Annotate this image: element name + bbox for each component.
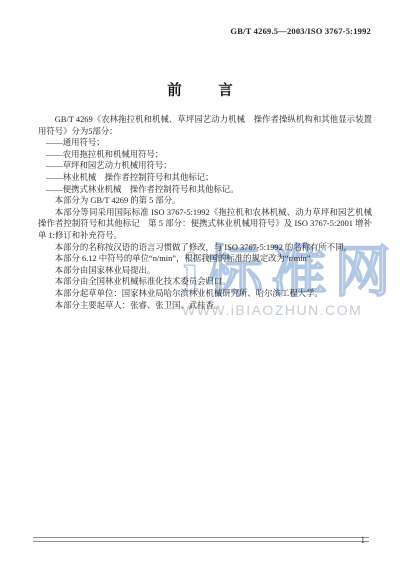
paragraph-part-note: 本部分为 GB/T 4269 的第 5 部分。 xyxy=(38,195,372,207)
document-page: GB/T 4269.5—2003/ISO 3767-5:1992 前 言 i标准… xyxy=(0,0,400,584)
paragraph-drafters: 本部分主要起草人：张睿、张卫国、武桂香。 xyxy=(38,300,372,312)
list-item-part1: ——通用符号； xyxy=(38,137,372,149)
page-number: 1 xyxy=(361,535,366,545)
paragraph-intro: GB/T 4269《农林拖拉机和机械、草坪园艺动力机械 操作者操纵机构和其他显示… xyxy=(38,114,372,137)
paragraph-committee: 本部分由全国林业机械标准化技术委员会归口。 xyxy=(38,276,372,288)
footer-rule-top xyxy=(33,537,369,538)
standard-code: GB/T 4269.5—2003/ISO 3767-5:1992 xyxy=(230,26,371,36)
paragraph-unit-change: 本部分 6.12 中符号的单位“n/min”，根据我国的标准的规定改为“r/mi… xyxy=(38,253,372,265)
paragraph-iso-adoption: 本部分等同采用国际标准 ISO 3767-5:1992《拖拉机和农林机械、动力草… xyxy=(38,207,372,242)
list-item-part5: ——便携式林业机械 操作者控制符号和其他标记。 xyxy=(38,184,372,196)
foreword-body: GB/T 4269《农林拖拉机和机械、草坪园艺动力机械 操作者操纵机构和其他显示… xyxy=(38,114,372,311)
list-item-part3: ——草坪和园艺动力机械用符号； xyxy=(38,160,372,172)
list-item-part4: ——林业机械 操作者控制符号和其他标记； xyxy=(38,172,372,184)
list-item-part2: ——农用拖拉机和机械用符号； xyxy=(38,149,372,161)
paragraph-proposed-by: 本部分由国家林业局提出。 xyxy=(38,265,372,277)
paragraph-drafting-org: 本部分起草单位：国家林业局哈尔滨林业机械研究所、哈尔滨工程大学。 xyxy=(38,288,372,300)
page-title: 前 言 xyxy=(0,79,400,100)
footer-rule-bottom xyxy=(33,541,369,542)
paragraph-name-change: 本部分的名称按汉语的语言习惯做了修改，与 ISO 3767-5:1992 的名称… xyxy=(38,242,372,254)
